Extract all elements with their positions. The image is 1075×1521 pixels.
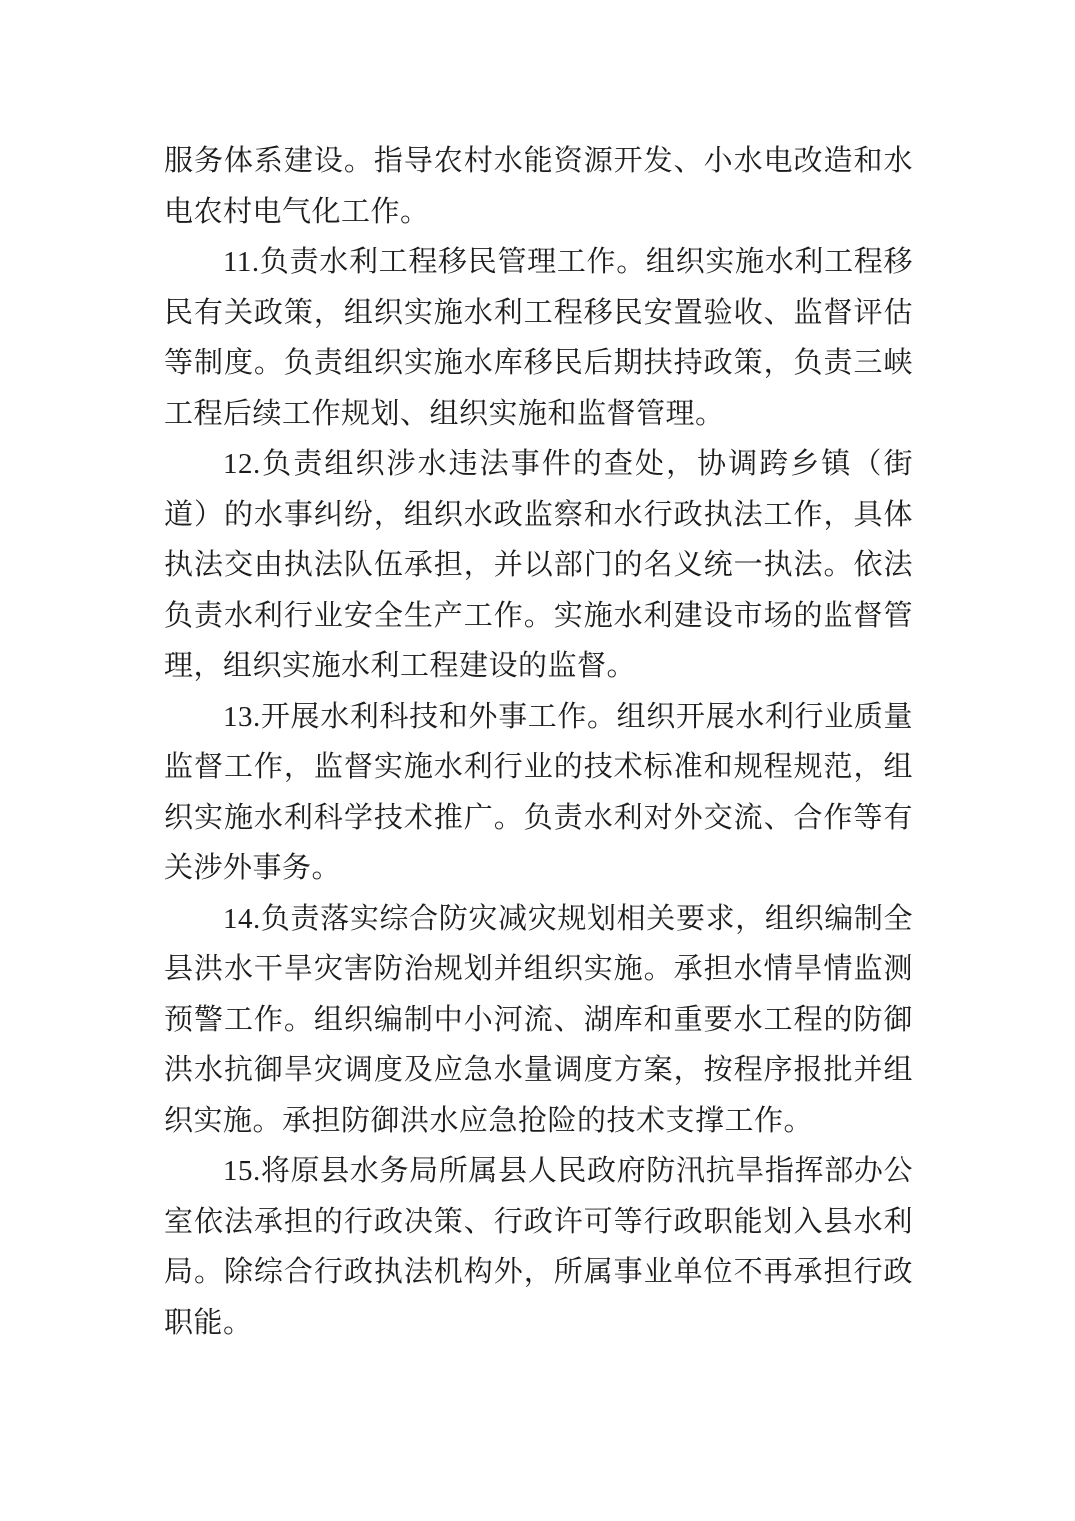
text-line: 县洪水干旱灾害防治规划并组织实施。承担水情旱情监测 xyxy=(164,944,913,995)
text-line: 洪水抗御旱灾调度及应急水量调度方案，按程序报批并组 xyxy=(164,1045,913,1096)
text-line: 服务体系建设。指导农村水能资源开发、小水电改造和水 xyxy=(164,136,913,187)
text-line: 预警工作。组织编制中小河流、湖库和重要水工程的防御 xyxy=(164,995,913,1046)
text-line: 监督工作，监督实施水利行业的技术标准和规程规范，组 xyxy=(164,742,913,793)
text-line: 关涉外事务。 xyxy=(164,843,913,894)
paragraph-10-continuation: 服务体系建设。指导农村水能资源开发、小水电改造和水电农村电气化工作。 xyxy=(164,136,913,237)
text-line: 职能。 xyxy=(164,1298,913,1349)
text-line: 工程后续工作规划、组织实施和监督管理。 xyxy=(164,389,913,440)
document-page: 服务体系建设。指导农村水能资源开发、小水电改造和水电农村电气化工作。11.负责水… xyxy=(0,0,1075,1521)
text-line: 14.负责落实综合防灾减灾规划相关要求，组织编制全 xyxy=(164,894,913,945)
text-line: 负责水利行业安全生产工作。实施水利建设市场的监督管 xyxy=(164,591,913,642)
paragraph-13: 13.开展水利科技和外事工作。组织开展水利行业质量监督工作，监督实施水利行业的技… xyxy=(164,692,913,894)
text-line: 电农村电气化工作。 xyxy=(164,187,913,238)
text-line: 理，组织实施水利工程建设的监督。 xyxy=(164,641,913,692)
paragraph-12: 12.负责组织涉水违法事件的查处，协调跨乡镇（街道）的水事纠纷，组织水政监察和水… xyxy=(164,439,913,692)
text-line: 织实施水利科学技术推广。负责水利对外交流、合作等有 xyxy=(164,793,913,844)
text-line: 15.将原县水务局所属县人民政府防汛抗旱指挥部办公 xyxy=(164,1146,913,1197)
text-line: 执法交由执法队伍承担，并以部门的名义统一执法。依法 xyxy=(164,540,913,591)
text-line: 局。除综合行政执法机构外，所属事业单位不再承担行政 xyxy=(164,1247,913,1298)
document-body: 服务体系建设。指导农村水能资源开发、小水电改造和水电农村电气化工作。11.负责水… xyxy=(164,136,913,1348)
text-line: 13.开展水利科技和外事工作。组织开展水利行业质量 xyxy=(164,692,913,743)
paragraph-11: 11.负责水利工程移民管理工作。组织实施水利工程移民有关政策，组织实施水利工程移… xyxy=(164,237,913,439)
paragraph-14: 14.负责落实综合防灾减灾规划相关要求，组织编制全县洪水干旱灾害防治规划并组织实… xyxy=(164,894,913,1147)
text-line: 11.负责水利工程移民管理工作。组织实施水利工程移 xyxy=(164,237,913,288)
paragraph-15: 15.将原县水务局所属县人民政府防汛抗旱指挥部办公室依法承担的行政决策、行政许可… xyxy=(164,1146,913,1348)
text-line: 室依法承担的行政决策、行政许可等行政职能划入县水利 xyxy=(164,1197,913,1248)
text-line: 民有关政策，组织实施水利工程移民安置验收、监督评估 xyxy=(164,288,913,339)
text-line: 12.负责组织涉水违法事件的查处，协调跨乡镇（街 xyxy=(164,439,913,490)
text-line: 织实施。承担防御洪水应急抢险的技术支撑工作。 xyxy=(164,1096,913,1147)
text-line: 道）的水事纠纷，组织水政监察和水行政执法工作，具体 xyxy=(164,490,913,541)
text-line: 等制度。负责组织实施水库移民后期扶持政策，负责三峡 xyxy=(164,338,913,389)
